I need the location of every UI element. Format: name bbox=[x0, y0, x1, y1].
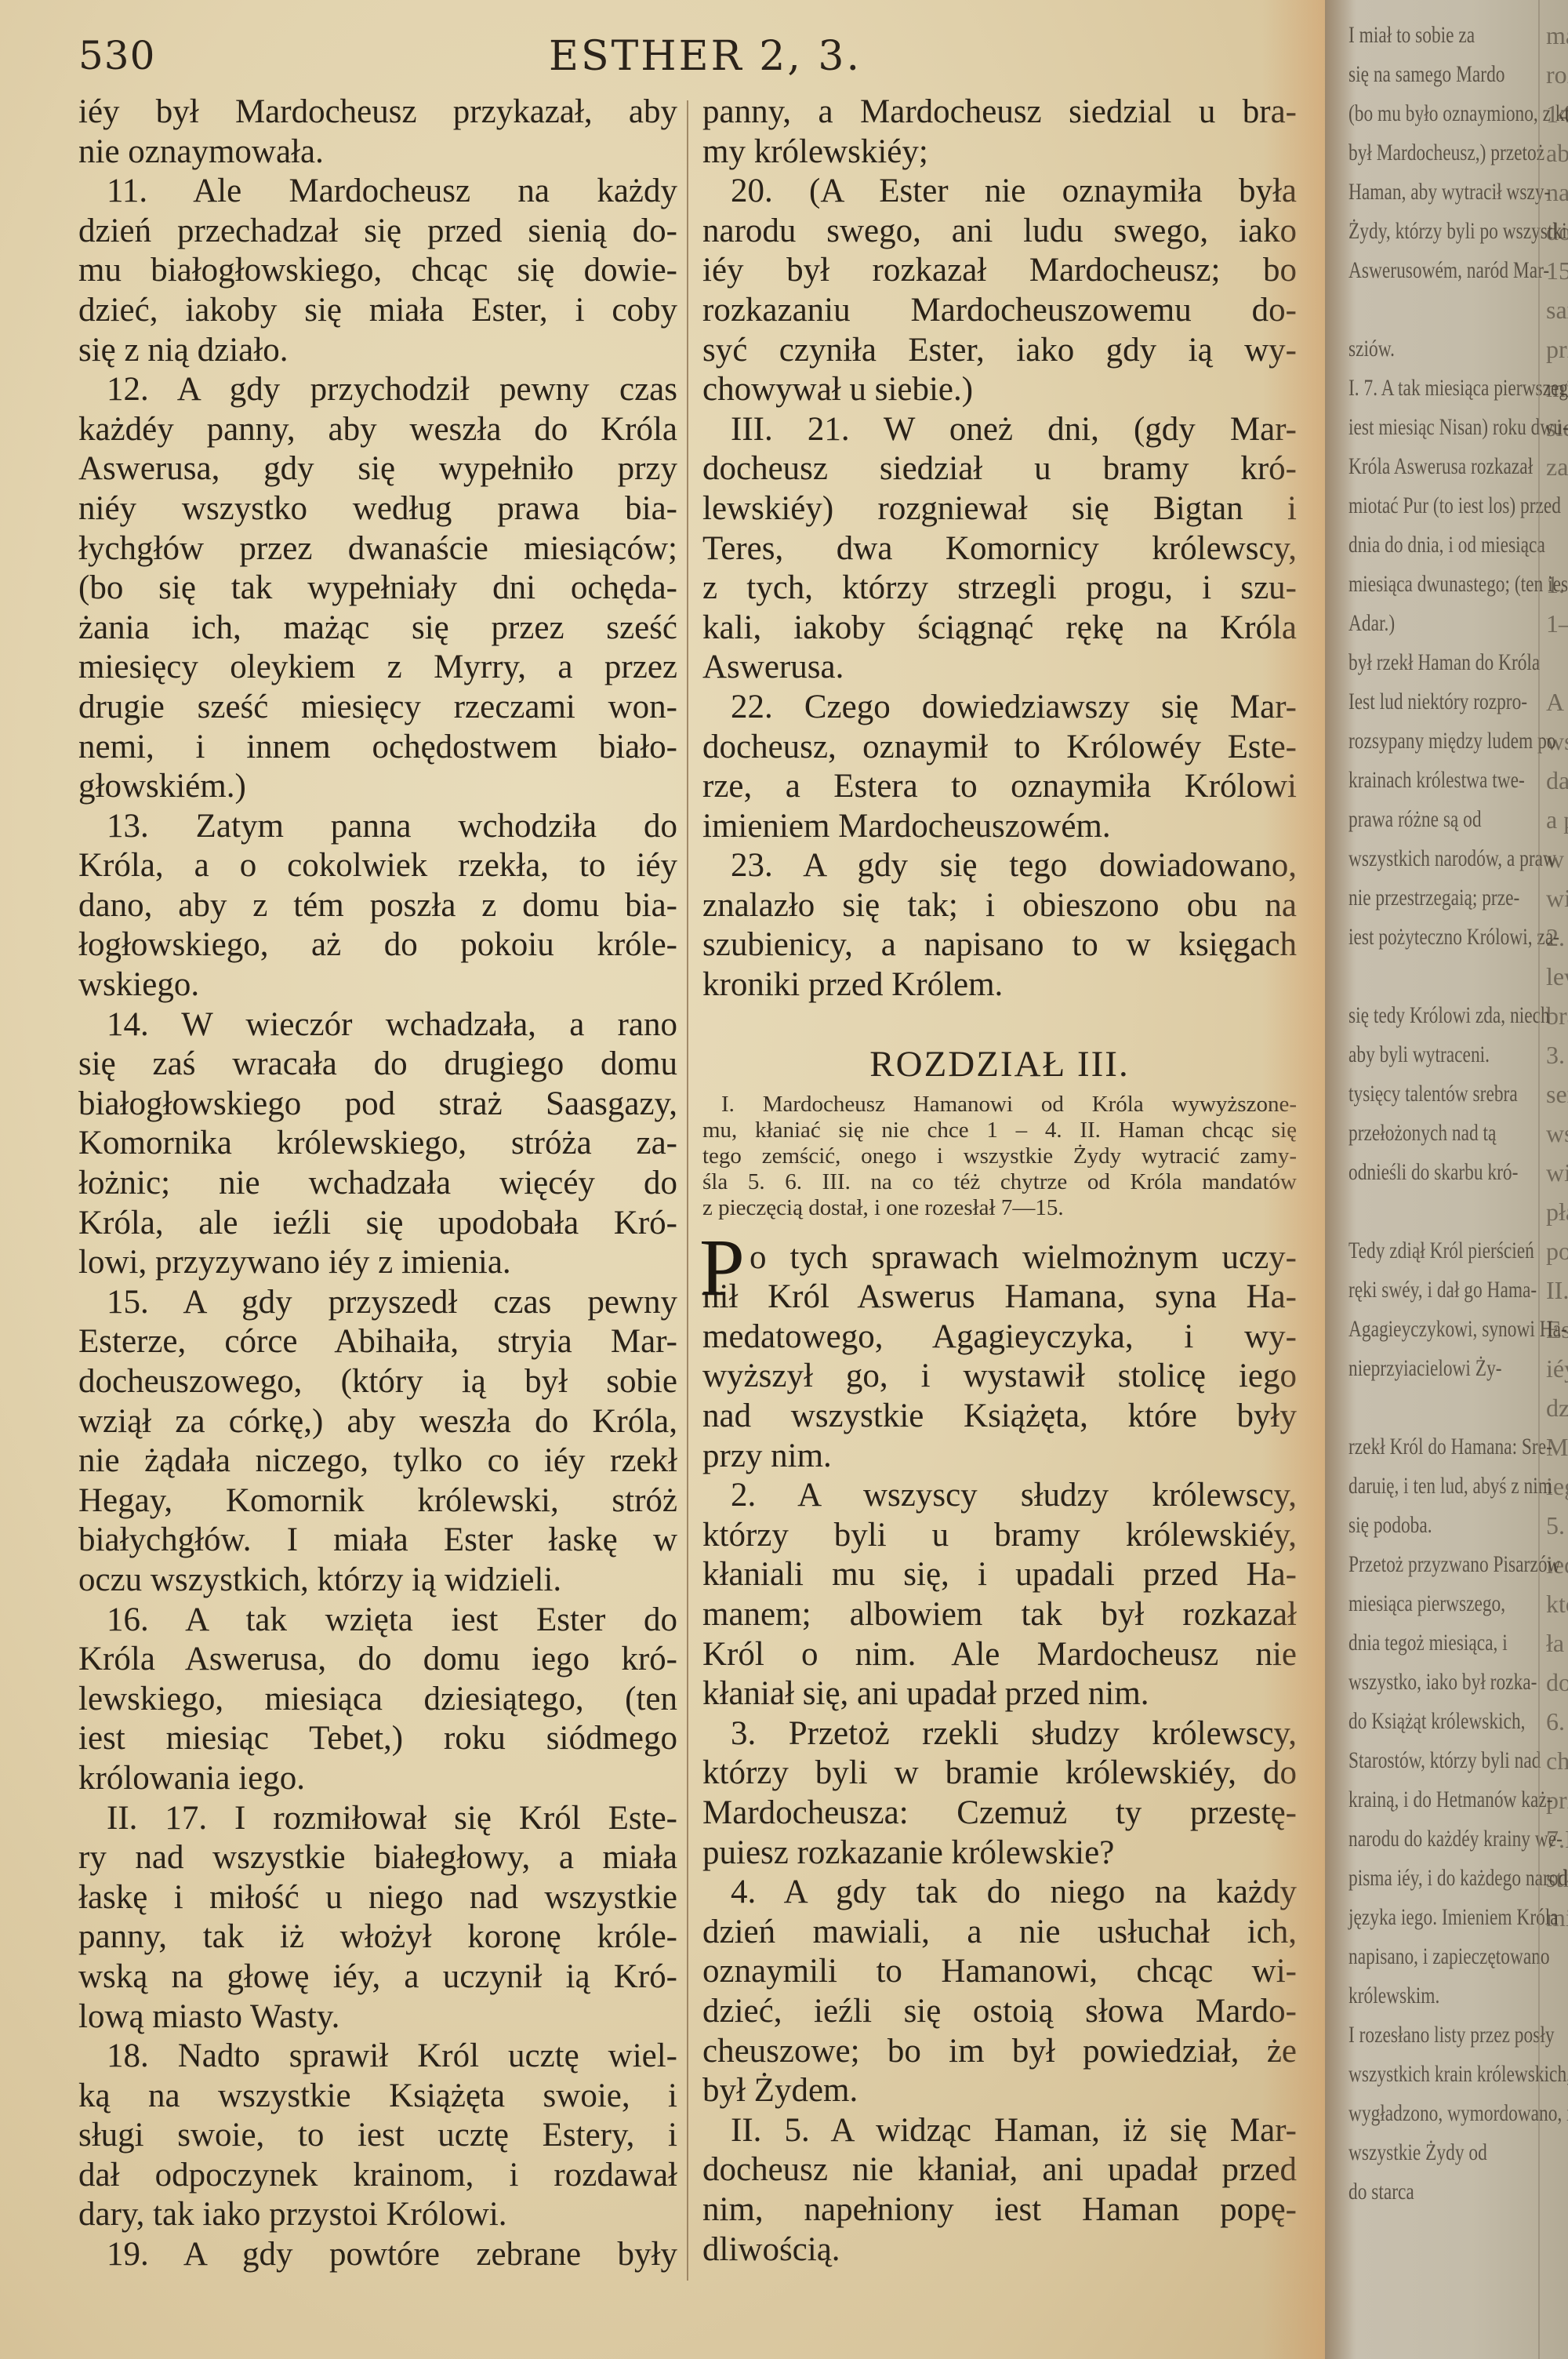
text-line: docheusz nie kłaniał, ani upadał przed bbox=[702, 2150, 1297, 2190]
text-line: Króla, ale ieźli się upodobała Kró- bbox=[78, 1204, 677, 1244]
text-line: iéy był Mardocheusz przykazał, aby bbox=[78, 93, 677, 133]
facing-page-line bbox=[1348, 1192, 1495, 1231]
text-line: 14. W wieczór wchadzała, a rano bbox=[78, 1005, 677, 1045]
facing-page-edge-line bbox=[1546, 486, 1568, 525]
text-line: dzień mawiali, a nie usłuchał ich, bbox=[702, 1913, 1297, 1953]
facing-page-edge-line: samo bbox=[1546, 290, 1568, 329]
text-line: którzy byli w bramie królewskiéy, do bbox=[702, 1754, 1297, 1794]
facing-page-edge-line: iego. bbox=[1546, 1467, 1568, 1506]
facing-page-line: Przetoż przyzwano Pisarzów bbox=[1348, 1545, 1495, 1584]
facing-page-edge-line: wielk bbox=[1546, 878, 1568, 918]
text-line: my królewskiéy; bbox=[702, 133, 1297, 173]
text-line: białogłowskiego pod straż Saasgazy, bbox=[78, 1085, 677, 1125]
summary-line: I. Mardocheusz Hamanowi od Króla wywyższ… bbox=[702, 1092, 1297, 1118]
text-line: kali, iakoby ściągnąć rękę na Króla bbox=[702, 609, 1297, 649]
facing-page-edge-line: 7.I bbox=[1546, 1819, 1568, 1859]
text-line: 13. Zatym panna wchodziła do bbox=[78, 807, 677, 847]
dropcap-line-text: o tych sprawach wielmożnym uczy- bbox=[750, 1239, 1297, 1276]
facing-page-edge-line: wski bbox=[1546, 1114, 1568, 1153]
text-line: oznaymili to Hamanowi, chcąc wi- bbox=[702, 1952, 1297, 1992]
facing-page-line: daruię, i ten lud, abyś z nim bbox=[1348, 1467, 1495, 1506]
facing-page-edge-line: bram bbox=[1546, 996, 1568, 1035]
text-line: łogłowskiego, aż do pokoiu króle- bbox=[78, 925, 677, 965]
facing-page-edge-line: 1. bbox=[1546, 565, 1568, 604]
text-line: II. 17. I rozmiłował się Król Este- bbox=[78, 1799, 677, 1839]
summary-line: tego zemścić, onego i wszystkie Żydy wyt… bbox=[702, 1143, 1297, 1169]
facing-page-line: miesiąca pierwszego, bbox=[1348, 1584, 1495, 1623]
facing-page-line: I rozesłano listy przez posły bbox=[1348, 2016, 1495, 2055]
page-number: 530 bbox=[78, 33, 155, 78]
facing-page-line: się tedy Królowi zda, niech bbox=[1348, 996, 1495, 1035]
text-line: się zaś wracała do drugiego domu bbox=[78, 1045, 677, 1085]
facing-page-edge-line: A bbox=[1546, 682, 1568, 722]
facing-page-line: prawa różne są od bbox=[1348, 800, 1495, 839]
left-column: iéy był Mardocheusz przykazał, abynie oz… bbox=[78, 93, 677, 2275]
text-line: 22. Czego dowiedziawszy się Mar- bbox=[702, 688, 1297, 728]
text-line: niéy wszystko według prawa bia- bbox=[78, 489, 677, 529]
facing-page-line: miesiąca dwunastego; (ten iest bbox=[1348, 565, 1495, 604]
facing-page-line: aby byli wytraceni. bbox=[1348, 1035, 1495, 1074]
facing-page-edge-line: stko, bbox=[1546, 1859, 1568, 1898]
facing-page-line: sziów. bbox=[1348, 329, 1495, 369]
text-line: wziął za córkę,) aby weszła do Króla, bbox=[78, 1402, 677, 1442]
text-line: wyższył go, i wystawił stolicę iego bbox=[702, 1357, 1297, 1397]
facing-page-edge-line: rozch bbox=[1546, 55, 1568, 94]
facing-page-line: do Książąt królewskich, bbox=[1348, 1702, 1495, 1741]
text-line: panny, tak iż włożył koronę króle- bbox=[78, 1917, 677, 1957]
text-line: nie oznaymowała. bbox=[78, 133, 677, 173]
facing-page-line: był Mardocheusz,) przetoż bbox=[1348, 133, 1495, 173]
text-line: Teres, dwa Komornicy królewscy, bbox=[702, 529, 1297, 569]
text-line: 20. (A Ester nie oznaymiła była bbox=[702, 172, 1297, 212]
text-line: głowskiém.) bbox=[78, 767, 677, 807]
facing-page-line: się podoba. bbox=[1348, 1506, 1495, 1545]
text-line: nad wszystkie Książęta, które były bbox=[702, 1397, 1297, 1437]
facing-page-edge-line: ma bbox=[1546, 16, 1568, 55]
facing-page-line: przełożonych nad tą bbox=[1348, 1114, 1495, 1153]
summary-line: mu, kłaniać się nie chce 1 – 4. II. Hama… bbox=[702, 1118, 1297, 1143]
text-line: lewskiéy) rozgniewał się Bigtan i bbox=[702, 489, 1297, 529]
facing-page-line: wszystkie Żydy od bbox=[1348, 2133, 1495, 2172]
facing-page-line: Króla Aswerusa rozkazał bbox=[1348, 447, 1495, 486]
facing-page-line: dnia do dnia, i od miesiąca bbox=[1348, 525, 1495, 565]
facing-page-edge-line: dom, bbox=[1546, 212, 1568, 251]
text-line: Aswerusa, gdy się wypełniło przy bbox=[78, 449, 677, 489]
text-line: Króla, a o cokolwiek rzekła, to iéy bbox=[78, 846, 677, 886]
text-line: był Żydem. bbox=[702, 2071, 1297, 2111]
facing-page-divider bbox=[1538, 0, 1540, 2359]
text-line: II. 5. A widząc Haman, iż się Mar- bbox=[702, 2111, 1297, 2151]
facing-page-edge-line: które bbox=[1546, 1584, 1568, 1623]
running-head: ESTHER 2, 3. bbox=[549, 33, 862, 80]
facing-page-edge-line: w p bbox=[1546, 839, 1568, 878]
text-line: kłaniał się, ani upadał przed nim. bbox=[702, 1674, 1297, 1714]
text-line: białychgłów. I miała Ester łaskę w bbox=[78, 1521, 677, 1561]
facing-page-edge-line: siedni bbox=[1546, 408, 1568, 447]
facing-page-line: wygładzono, wymordowano, i bbox=[1348, 2094, 1495, 2133]
facing-page-edge-line: iedne bbox=[1546, 1545, 1568, 1584]
facing-page-line: nie przestrzegaią; prze- bbox=[1348, 878, 1495, 918]
facing-page-line: rzekł Król do Hamana: Sre- bbox=[1348, 1427, 1495, 1467]
text-line: dał odpoczynek krainom, i rozdawał bbox=[78, 2156, 677, 2196]
facing-page-edge-line: 5. bbox=[1546, 1506, 1568, 1545]
facing-page-line: I. 7. A tak miesiąca pierwszego bbox=[1348, 369, 1495, 408]
text-line: 19. A gdy powtóre zebrane były bbox=[78, 2235, 677, 2275]
text-line: znalazło się tak; i obieszono obu na bbox=[702, 886, 1297, 926]
text-line: dano, aby z tém poszła z domu bia- bbox=[78, 886, 677, 926]
book-page: 530 ESTHER 2, 3. iéy był Mardocheusz prz… bbox=[0, 0, 1333, 2359]
facing-page-edge-line: nach bbox=[1546, 173, 1568, 212]
page-header: 530 ESTHER 2, 3. bbox=[78, 33, 1294, 88]
text-line: wską na głowę iéy, a uczynił ią Kró- bbox=[78, 1957, 677, 1997]
facing-page-edge-line: II. bbox=[1546, 1270, 1568, 1310]
text-line: kroniki przed Królem. bbox=[702, 965, 1297, 1005]
text-line: iéy był rozkazał Mardocheusz; bo bbox=[702, 251, 1297, 291]
text-line: 3. Przetoż rzekli słudzy królewscy, bbox=[702, 1714, 1297, 1754]
facing-page-edge-line: 1—3. bbox=[1546, 604, 1568, 643]
facing-page-line: Żydy, którzy byli po wszystkiém bbox=[1348, 212, 1495, 251]
text-line: oczu wszystkich, którzy ią widzieli. bbox=[78, 1561, 677, 1601]
facing-page-line: narodu do każdéy krainy we- bbox=[1348, 1819, 1495, 1859]
text-line: docheuszowego, (który ią był sobie bbox=[78, 1362, 677, 1402]
facing-page-line: krainach królestwa twe- bbox=[1348, 761, 1495, 800]
text-line: łychgłów przez dwanaście miesiąców; bbox=[78, 529, 677, 569]
facing-page-edge-line: mi bbox=[1546, 1898, 1568, 1937]
summary-line: z pieczęcią dostał, i one rozesłał 7—15. bbox=[702, 1195, 1297, 1221]
text-line: III. 21. W oneż dni, (gdy Mar- bbox=[702, 410, 1297, 450]
right-column-text-before-chapter: panny, a Mardocheusz siedzial u bra-my k… bbox=[702, 93, 1297, 1005]
facing-page-edge-line: cheu bbox=[1546, 1741, 1568, 1780]
text-line: panny, a Mardocheusz siedzial u bra- bbox=[702, 93, 1297, 133]
text-line: cheuszowe; bo im był powiedział, że bbox=[702, 2032, 1297, 2072]
text-line: (bo się tak wypełniały dni ochęda- bbox=[78, 569, 677, 609]
text-line: puiesz rozkazanie królewskie? bbox=[702, 1834, 1297, 1874]
text-line: Komornika królewskiego, stróża za- bbox=[78, 1124, 677, 1164]
facing-page-line: iest miesiąc Nisan) roku dwu- bbox=[1348, 408, 1495, 447]
facing-page-line: Haman, aby wytracił wszy- bbox=[1348, 173, 1495, 212]
facing-page-edge-line: iéy t bbox=[1546, 1349, 1568, 1388]
facing-page-edge-line: wielk bbox=[1546, 1153, 1568, 1192]
right-column: panny, a Mardocheusz siedzial u bra-my k… bbox=[702, 93, 1297, 2270]
facing-page-line: Tedy zdiął Król pierścień bbox=[1348, 1231, 1495, 1270]
text-line: którzy byli u bramy królewskiéy, bbox=[702, 1516, 1297, 1556]
text-line: nił Król Aswerus Hamana, syna Ha- bbox=[702, 1278, 1297, 1318]
facing-page-line: odnieśli do skarbu kró- bbox=[1348, 1153, 1495, 1192]
text-line: łaskę i miłość u niego nad wszystkie bbox=[78, 1878, 677, 1918]
facing-page-line bbox=[1348, 290, 1495, 329]
text-line: dliwością. bbox=[702, 2230, 1297, 2270]
facing-page-edge-line: 15. bbox=[1546, 251, 1568, 290]
facing-page-line: wszystkich narodów, a praw bbox=[1348, 839, 1495, 878]
text-line: Aswerusa. bbox=[702, 648, 1297, 688]
text-line: lewskiego, miesiąca dziesiątego, (ten bbox=[78, 1680, 677, 1720]
facing-page-line: Adar.) bbox=[1348, 604, 1495, 643]
facing-page-edge-line: 3. bbox=[1546, 1035, 1568, 1074]
facing-page-line: I miał to sobie za bbox=[1348, 16, 1495, 55]
facing-page-line: języka iego. Imieniem Króla bbox=[1348, 1898, 1495, 1937]
right-column-text-after-chapter: nił Król Aswerus Hamana, syna Ha-medatow… bbox=[702, 1278, 1297, 2270]
text-line: Król o nim. Ale Mardocheusz nie bbox=[702, 1635, 1297, 1675]
facing-page-edge-line: wszy bbox=[1546, 722, 1568, 761]
facing-page-edge-line: dari bbox=[1546, 761, 1568, 800]
facing-page-edge-line: popie bbox=[1546, 1231, 1568, 1270]
text-line: 2. A wszyscy słudzy królewscy, bbox=[702, 1476, 1297, 1516]
facing-page-line: królewskim. bbox=[1348, 1976, 1495, 2016]
facing-page-edge-line: ła m bbox=[1546, 1623, 1568, 1663]
text-line: ką na wszystkie Książęta swoie, i bbox=[78, 2077, 677, 2117]
facing-page-line: nieprzyiacielowi Ży- bbox=[1348, 1349, 1495, 1388]
facing-page-line: ręki swéy, i dał go Hama- bbox=[1348, 1270, 1495, 1310]
facing-page-line: Agagieyczykowi, synowi Ha- bbox=[1348, 1310, 1495, 1349]
facing-page-line: do starca bbox=[1348, 2172, 1495, 2212]
text-line: lową miasto Wasty. bbox=[78, 1997, 677, 2037]
column-divider bbox=[687, 100, 688, 2281]
facing-page-line: wszystkich krain królewskich, bbox=[1348, 2055, 1495, 2094]
facing-page-line: Aswerusowém, naród Mar- bbox=[1348, 251, 1495, 290]
text-line: przy nim. bbox=[702, 1437, 1297, 1477]
drop-cap: P bbox=[699, 1227, 745, 1309]
facing-page-line: pisma iéy, i do każdego narodu bbox=[1348, 1859, 1495, 1898]
facing-page-edge-line: 2. bbox=[1546, 918, 1568, 957]
text-line: Esterze, córce Abihaiła, stryia Mar- bbox=[78, 1322, 677, 1362]
facing-page-line: Starostów, którzy byli nad bbox=[1348, 1741, 1495, 1780]
text-line: królowania iego. bbox=[78, 1759, 677, 1799]
text-line: nie żądała niczego, tylko co iéy rzekł bbox=[78, 1441, 677, 1481]
facing-page-line: krainą, i do Hetmanów każ- bbox=[1348, 1780, 1495, 1819]
text-line: docheusz siedział u bramy kró- bbox=[702, 449, 1297, 489]
text-line: dary, tak iako przystoi Królowi. bbox=[78, 2195, 677, 2235]
facing-page-edge-line: 6. bbox=[1546, 1702, 1568, 1741]
facing-page-edge-line: zatrw bbox=[1546, 447, 1568, 486]
facing-page-line: był rzekł Haman do Króla bbox=[1348, 643, 1495, 682]
text-line: dzień przechadzał się przed sienią do- bbox=[78, 212, 677, 252]
facing-page-column: I miał to sobie zasię na samego Mardo(bo… bbox=[1348, 16, 1495, 2212]
text-line: drugie sześć miesięcy rzeczami won- bbox=[78, 688, 677, 728]
facing-page-edge-line: Ester bbox=[1546, 1310, 1568, 1349]
facing-page-line: (bo mu było oznaymiono, z któ- bbox=[1348, 94, 1495, 133]
facing-page-line: wszystko, iako był rozka- bbox=[1348, 1663, 1495, 1702]
facing-page-line bbox=[1348, 1388, 1495, 1427]
text-line: szubienicy, a napisano to w księgach bbox=[702, 925, 1297, 965]
facing-page-line: Iest lud niektóry rozpro- bbox=[1348, 682, 1495, 722]
text-line: łożnic; nie wchadzała więcéy do bbox=[78, 1164, 677, 1204]
text-line: 12. A gdy przychodził pewny czas bbox=[78, 370, 677, 410]
facing-page-line: miotać Pur (to iest los) przed bbox=[1348, 486, 1495, 525]
facing-page-edge-line: dowie bbox=[1546, 1663, 1568, 1702]
text-line: rozkazaniu Mardocheuszowemu do- bbox=[702, 291, 1297, 331]
facing-page-edge-line: 14. bbox=[1546, 94, 1568, 133]
facing-page-edge-line: aby bbox=[1546, 133, 1568, 173]
dropcap-paragraph-first-line: P o tych sprawach wielmożnym uczy- bbox=[702, 1238, 1297, 1278]
text-line: nim, napełniony iest Haman popę- bbox=[702, 2190, 1297, 2230]
facing-page-curved-edge: I miał to sobie zasię na samego Mardo(bo… bbox=[1325, 0, 1568, 2359]
text-line: kłaniali mu się, i upadali przed Ha- bbox=[702, 1555, 1297, 1595]
text-line: rze, a Estera to oznaymiła Królowi bbox=[702, 767, 1297, 807]
facing-page-line: się na samego Mardo bbox=[1348, 55, 1495, 94]
text-line: Hegay, Komornik królewski, stróż bbox=[78, 1481, 677, 1521]
text-line: 11. Ale Mardocheusz na każdy bbox=[78, 172, 677, 212]
text-line: z tych, którzy strzegli progu, i szu- bbox=[702, 569, 1297, 609]
text-line: każdéy panny, aby weszła do Króla bbox=[78, 410, 677, 450]
chapter-summary: I. Mardocheusz Hamanowi od Króla wywyższ… bbox=[702, 1092, 1297, 1221]
facing-page-line: dnia tegoż miesiąca, i bbox=[1348, 1623, 1495, 1663]
text-line: Króla Aswerusa, do domu iego kró- bbox=[78, 1640, 677, 1680]
text-line: wskiego. bbox=[78, 965, 677, 1005]
text-line: chowywał u siebie.) bbox=[702, 370, 1297, 410]
facing-page-line: iest pożyteczno Królowi, za- bbox=[1348, 918, 1495, 957]
facing-page-edge-line: miesi bbox=[1546, 369, 1568, 408]
text-line: Mardocheusza: Czemuż ty przestę- bbox=[702, 1794, 1297, 1834]
chapter-title: ROZDZIAŁ III. bbox=[702, 1037, 1297, 1092]
facing-page-edge-line bbox=[1546, 525, 1568, 565]
text-line: dzieć, iakoby się miała Ester, i coby bbox=[78, 291, 677, 331]
facing-page-edge-column: marozch14.abynachdom,15.samoprzymiesisie… bbox=[1546, 16, 1568, 1937]
facing-page-edge-line: przy bbox=[1546, 329, 1568, 369]
text-line: imieniem Mardocheuszowém. bbox=[702, 807, 1297, 847]
facing-page-edge-line: dzo, bbox=[1546, 1388, 1568, 1427]
facing-page-edge-line: a po bbox=[1546, 800, 1568, 839]
text-line: 23. A gdy się tego dowiadowano, bbox=[702, 846, 1297, 886]
text-line: 4. A gdy tak do niego na każdy bbox=[702, 1873, 1297, 1913]
facing-page-line: rozsypany między ludem po bbox=[1348, 722, 1495, 761]
text-line: się z nią działo. bbox=[78, 331, 677, 371]
facing-page-edge-line: przed bbox=[1546, 1780, 1568, 1819]
text-line: nemi, i innem ochędostwem biało- bbox=[78, 728, 677, 768]
text-line: medatowego, Agagieyczyka, i wy- bbox=[702, 1318, 1297, 1358]
text-line: dzieć, ieźli się ostoią słowa Mardo- bbox=[702, 1992, 1297, 2032]
text-line: docheusz, oznaymił to Królowéy Este- bbox=[702, 728, 1297, 768]
text-line: 16. A tak wzięta iest Ester do bbox=[78, 1601, 677, 1641]
facing-page-edge-line: sen, bbox=[1546, 1074, 1568, 1114]
text-line: iest miesiąc Tebet,) roku siódmego bbox=[78, 1719, 677, 1759]
text-line: 18. Nadto sprawił Król ucztę wiel- bbox=[78, 2037, 677, 2077]
facing-page-edge-line bbox=[1546, 643, 1568, 682]
facing-page-edge-line: Mard bbox=[1546, 1427, 1568, 1467]
facing-page-edge-line: lewsk bbox=[1546, 957, 1568, 996]
facing-page-line: napisano, i zapieczętowano bbox=[1348, 1937, 1495, 1976]
facing-page-line: tysięcy talentów srebra bbox=[1348, 1074, 1495, 1114]
text-line: miesięcy oleykiem z Myrry, a przez bbox=[78, 648, 677, 688]
text-line: żania ich, mażąc się przez sześć bbox=[78, 609, 677, 649]
facing-page-edge-line: płacz bbox=[1546, 1192, 1568, 1231]
text-line: sługi swoie, to iest ucztę Estery, i bbox=[78, 2116, 677, 2156]
text-line: lowi, przyzywano iéy z imienia. bbox=[78, 1243, 677, 1283]
text-line: manem; albowiem tak był rozkazał bbox=[702, 1595, 1297, 1635]
text-line: ry nad wszystkie białegłowy, a miała bbox=[78, 1838, 677, 1878]
text-line: 15. A gdy przyszedł czas pewny bbox=[78, 1283, 677, 1323]
text-line: syć czyniła Ester, iako gdy ią wy- bbox=[702, 331, 1297, 371]
summary-line: śla 5. 6. III. na co téż chytrze od Król… bbox=[702, 1169, 1297, 1195]
text-line: narodu swego, ani ludu swego, iako bbox=[702, 212, 1297, 252]
text-line: mu białogłowskiego, chcąc się dowie- bbox=[78, 251, 677, 291]
facing-page-line bbox=[1348, 957, 1495, 996]
